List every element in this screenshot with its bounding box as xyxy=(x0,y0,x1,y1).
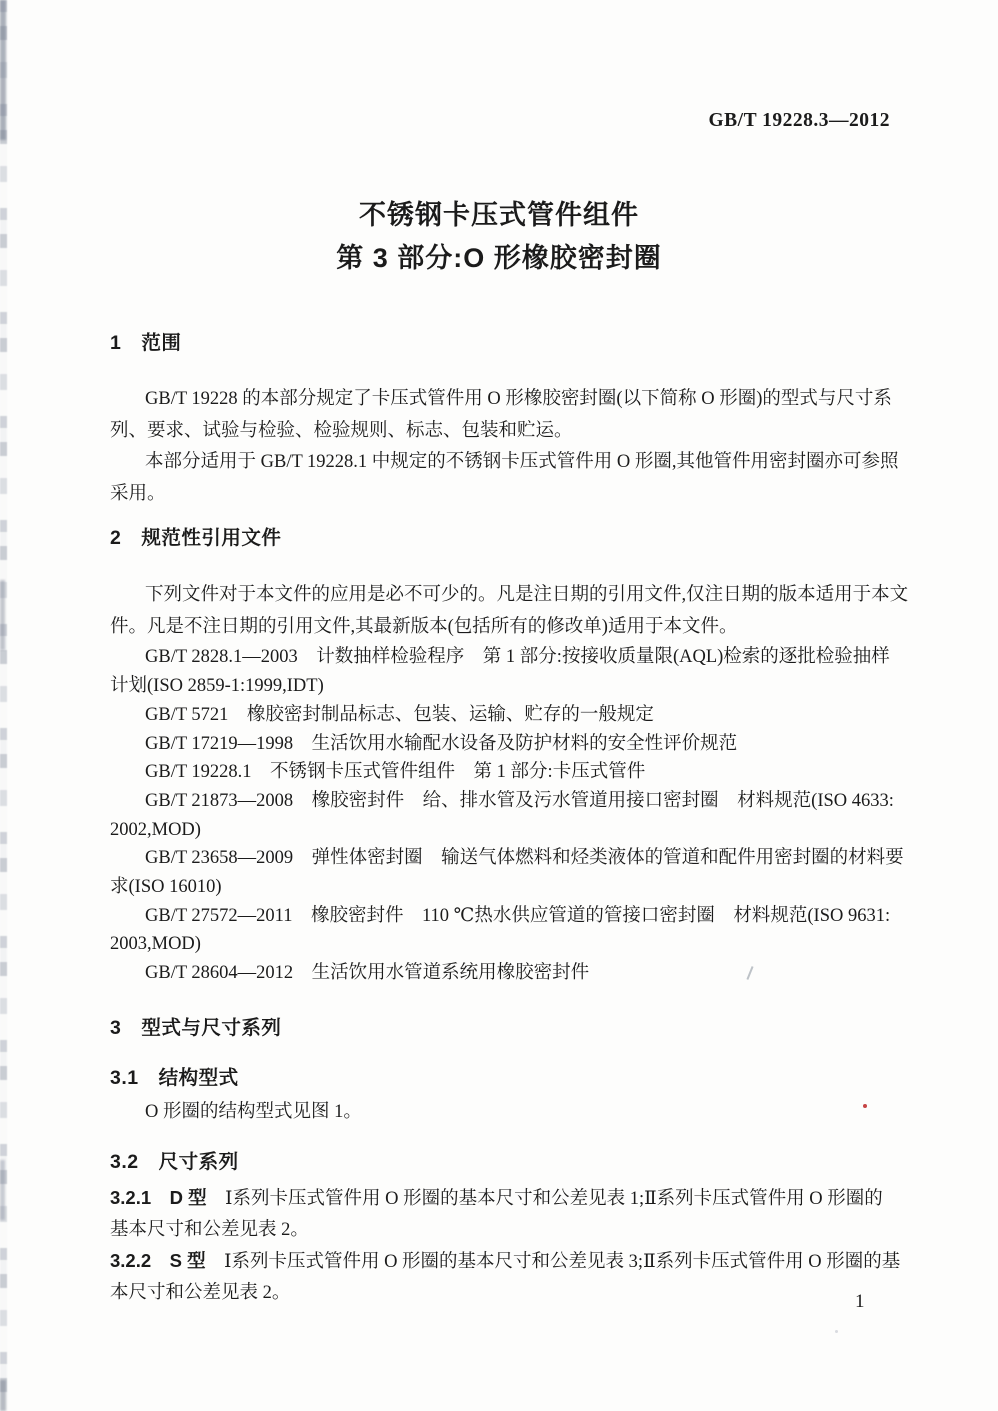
clause-3-2-1-text: Ⅰ系列卡压式管件用 O 形圈的基本尺寸和公差见表 1;Ⅱ系列卡压式管件用 O 形… xyxy=(207,1189,883,1209)
scan-edge-streak-low xyxy=(0,1160,5,1220)
section-2-intro-line-1: 下列文件对于本文件的应用是必不可少的。凡是注日期的引用文件,仅注日期的版本适用于… xyxy=(145,583,908,608)
clause-3-2-1-label: 3.2.1 D 型 xyxy=(110,1187,207,1208)
section-1-paragraph-1-line-1: GB/T 19228 的本部分规定了卡压式管件用 O 形橡胶密封圈(以下简称 O… xyxy=(145,387,892,412)
reference-line: GB/T 17219—1998 生活饮用水输配水设备及防护材料的安全性评价规范 xyxy=(145,732,737,757)
reference-line: GB/T 27572—2011 橡胶密封件 110 ℃热水供应管道的管接口密封圈… xyxy=(145,904,890,929)
section-3-1-paragraph: O 形圈的结构型式见图 1。 xyxy=(145,1100,362,1125)
clause-3-2-1-line-2: 基本尺寸和公差见表 2。 xyxy=(110,1218,309,1243)
reference-line: 2003,MOD) xyxy=(110,932,201,957)
reference-line: GB/T 23658—2009 弹性体密封圈 输送气体燃料和烃类液体的管道和配件… xyxy=(145,846,904,871)
section-3-1-heading: 3.1 结构型式 xyxy=(110,1062,239,1090)
faint-dot-artifact xyxy=(835,1330,838,1333)
reference-line: 2002,MOD) xyxy=(110,818,201,843)
reference-line: 计划(ISO 2859-1:1999,IDT) xyxy=(110,674,324,699)
section-3-2-heading: 3.2 尺寸系列 xyxy=(110,1146,239,1174)
clause-3-2-2-label: 3.2.2 S 型 xyxy=(110,1250,206,1271)
reference-line: GB/T 5721 橡胶密封制品标志、包装、运输、贮存的一般规定 xyxy=(145,703,654,728)
section-1-paragraph-1-line-2: 列、要求、试验与检验、检验规则、标志、包装和贮运。 xyxy=(110,419,573,444)
reference-line: GB/T 21873—2008 橡胶密封件 给、排水管及污水管道用接口密封圈 材… xyxy=(145,789,894,814)
section-3-heading: 3 型式与尺寸系列 xyxy=(110,1012,281,1040)
reference-line: GB/T 2828.1—2003 计数抽样检验程序 第 1 部分:按接收质量限(… xyxy=(145,645,890,670)
section-1-paragraph-2-line-2: 采用。 xyxy=(110,482,166,507)
document-title-line1: 不锈钢卡压式管件组件 xyxy=(0,193,998,232)
clause-3-2-2-line-1: 3.2.2 S 型 Ⅰ系列卡压式管件用 O 形圈的基本尺寸和公差见表 3;Ⅱ系列… xyxy=(110,1249,900,1275)
clause-3-2-1-line-1: 3.2.1 D 型 Ⅰ系列卡压式管件用 O 形圈的基本尺寸和公差见表 1;Ⅱ系列… xyxy=(110,1186,883,1212)
reference-line: 求(ISO 16010) xyxy=(110,875,222,900)
clause-3-2-2-line-2: 本尺寸和公差见表 2。 xyxy=(110,1281,290,1306)
pen-slash-artifact xyxy=(746,966,753,980)
section-2-heading: 2 规范性引用文件 xyxy=(110,522,281,550)
scan-edge-streak-mid xyxy=(0,580,5,650)
document-page: GB/T 19228.3—2012 不锈钢卡压式管件组件 第 3 部分:O 形橡… xyxy=(0,0,998,1411)
scan-edge-streak-bottom xyxy=(0,1380,6,1411)
standard-code: GB/T 19228.3—2012 xyxy=(709,110,891,132)
reference-line: GB/T 28604—2012 生活饮用水管道系统用橡胶密封件 xyxy=(145,961,589,986)
red-speck-artifact xyxy=(863,1104,867,1108)
section-2-intro-line-2: 件。凡是不注日期的引用文件,其最新版本(包括所有的修改单)适用于本文件。 xyxy=(110,615,737,640)
document-title-line2: 第 3 部分:O 形橡胶密封圈 xyxy=(0,236,998,275)
reference-line: GB/T 19228.1 不锈钢卡压式管件组件 第 1 部分:卡压式管件 xyxy=(145,760,645,785)
section-1-paragraph-2-line-1: 本部分适用于 GB/T 19228.1 中规定的不锈钢卡压式管件用 O 形圈,其… xyxy=(145,450,899,475)
page-number: 1 xyxy=(855,1291,865,1313)
clause-3-2-2-text: Ⅰ系列卡压式管件用 O 形圈的基本尺寸和公差见表 3;Ⅱ系列卡压式管件用 O 形… xyxy=(206,1252,901,1272)
scan-edge-streak-top xyxy=(0,0,6,140)
section-1-heading: 1 范围 xyxy=(110,327,181,355)
